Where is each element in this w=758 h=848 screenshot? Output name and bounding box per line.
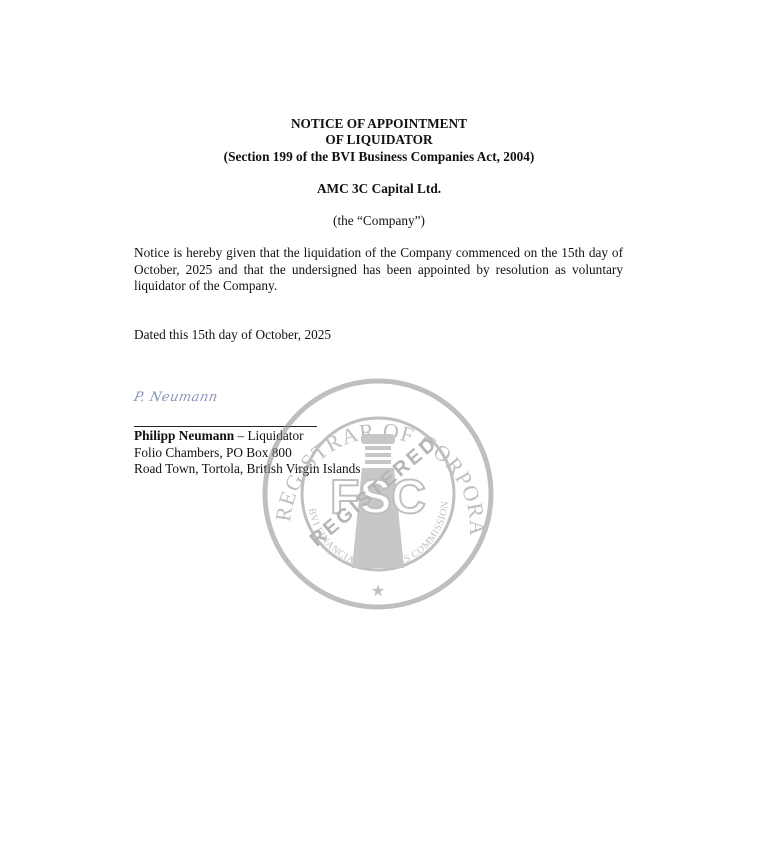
dated-line: Dated this 15th day of October, 2025: [134, 327, 331, 344]
signatory-block: Philipp Neumann – Liquidator Folio Chamb…: [134, 428, 360, 478]
notice-body: Notice is hereby given that the liquidat…: [134, 245, 623, 295]
signature-line: [134, 426, 317, 427]
company-name: AMC 3C Capital Ltd.: [0, 181, 758, 198]
registry-seal-stamp: REGISTRAR OF CORPORATE AFFAIRS BVI FINAN…: [258, 378, 498, 610]
seal-inner-text: BVI FINANCIAL SERVICES COMMISSION: [306, 500, 451, 571]
signatory-role: – Liquidator: [234, 428, 303, 443]
notice-title: NOTICE OF APPOINTMENT: [0, 116, 758, 133]
notice-subtitle: OF LIQUIDATOR: [0, 132, 758, 149]
handwritten-signature: P. Neumann: [132, 390, 219, 405]
company-defined-term: (the “Company”): [0, 213, 758, 230]
seal-logo-text: FSC: [330, 471, 426, 524]
signatory-name-line: Philipp Neumann – Liquidator: [134, 428, 360, 445]
address-line-1: Folio Chambers, PO Box 800: [134, 445, 360, 462]
address-line-2: Road Town, Tortola, British Virgin Islan…: [134, 461, 360, 478]
star-icon: ★: [371, 583, 385, 600]
signatory-name: Philipp Neumann: [134, 428, 234, 443]
statute-reference: (Section 199 of the BVI Business Compani…: [0, 149, 758, 166]
seal-outer-ring: [265, 381, 491, 607]
document-page: NOTICE OF APPOINTMENT OF LIQUIDATOR (Sec…: [0, 0, 758, 848]
